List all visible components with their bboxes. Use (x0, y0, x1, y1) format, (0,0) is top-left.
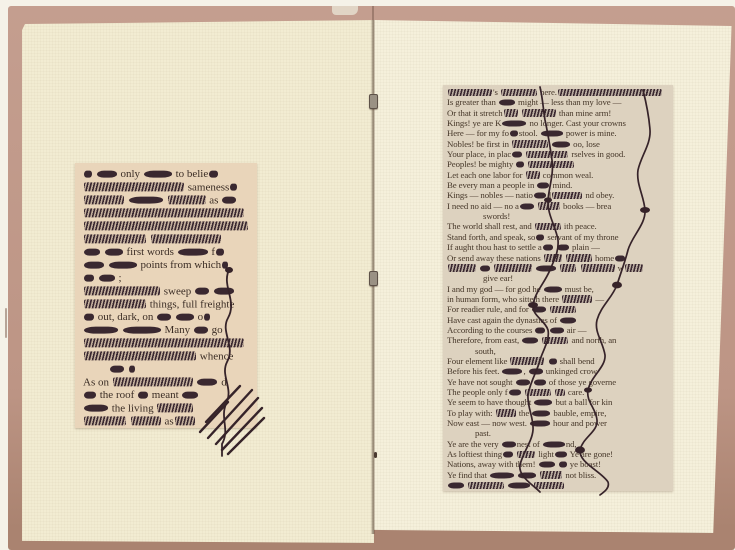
ink-redaction (532, 307, 546, 313)
poem-text (563, 253, 565, 263)
poem-text (514, 449, 516, 459)
poem-line: as (83, 415, 253, 428)
poem-text: Kings! ye are K (447, 118, 501, 128)
ink-redaction (625, 264, 643, 271)
poem-text (95, 272, 98, 284)
ink-redaction (157, 403, 193, 412)
poem-line: Or that it stretch than mine arm! (447, 108, 671, 118)
poem-text: If aught thou hast to settle a (447, 242, 542, 252)
poem-line (83, 337, 253, 350)
poem-text: I need no aid — no a (447, 201, 519, 211)
poem-text: The world shall rest, and (447, 221, 534, 231)
poem-text: — (593, 294, 604, 304)
poem-text: Ye are gone! (568, 449, 613, 459)
poem-line: Nobles! be first in oo, lose (447, 139, 671, 149)
poem-text: south, (475, 346, 496, 356)
poem-line: first words f (83, 246, 253, 259)
poem-text: no longer. Cast your crowns (527, 118, 625, 128)
poem-text: meant (149, 389, 181, 401)
ink-redaction (84, 234, 146, 243)
poem-line: out, dark, on o (83, 311, 253, 324)
poem-text: Ye find that (447, 470, 489, 480)
ink-redaction (534, 400, 552, 406)
poem-text (554, 242, 556, 252)
poem-line: give ear! (447, 273, 671, 283)
poem-text: Here — for my fo (447, 128, 509, 138)
ink-redaction (84, 351, 196, 360)
poem-text: I and my god — for god he (447, 284, 543, 294)
poem-text: might — less than my love — (516, 97, 621, 107)
poem-text: nd obey. (583, 190, 614, 200)
poem-line: Kings — nobles — natio l nd obey. (447, 190, 671, 200)
ink-redaction (535, 327, 545, 333)
poem-line: w (447, 263, 671, 273)
ink-redaction (97, 170, 117, 177)
poem-text: nest of (517, 439, 542, 449)
poem-text: According to the courses (447, 325, 534, 335)
poem-text: Nations, away with them! (447, 459, 538, 469)
poem-text (552, 387, 554, 397)
ink-redaction (123, 326, 161, 333)
ink-redaction (84, 170, 92, 177)
ink-redaction (151, 234, 221, 243)
poem-text: care. (566, 387, 584, 397)
poem-text: of those ye governe (547, 377, 616, 387)
ink-redaction (555, 452, 567, 458)
ink-redaction (536, 265, 556, 271)
poem-line: Therefore, from east, and north, an (447, 335, 671, 345)
ink-redaction (532, 410, 550, 416)
poem-line: in human form, who sitteth there — (447, 294, 671, 304)
ink-redaction (468, 482, 504, 489)
poem-line: The world shall rest, and ith peace. (447, 221, 671, 231)
ink-redaction (84, 221, 248, 230)
poem-line: Have cast again the dynasties of (447, 315, 671, 325)
poem-text (577, 263, 579, 273)
ink-redaction (522, 109, 556, 116)
ink-redaction (522, 338, 538, 344)
poem-text: first words (124, 246, 177, 258)
poem-text: The people only f (447, 387, 508, 397)
ink-redaction (516, 379, 530, 385)
poem-text: ith peace. (562, 221, 597, 231)
ink-redaction (508, 483, 530, 489)
poem-text: as (207, 194, 222, 206)
poem-line (83, 363, 253, 376)
ink-redaction (566, 254, 592, 261)
ink-redaction (144, 170, 172, 177)
ink-redaction (543, 441, 565, 447)
ink-redaction (448, 264, 476, 271)
poem-line: Be every man a people in mind. (447, 180, 671, 190)
poem-text: sweep (161, 285, 194, 297)
poem-text: Peoples! be mighty (447, 159, 515, 169)
ink-redaction (544, 254, 562, 261)
ink-redaction (209, 170, 218, 177)
poem-text (105, 259, 108, 271)
poem-line: as (83, 194, 253, 207)
poem-text (147, 233, 150, 245)
cover-edge-crack (5, 308, 7, 338)
ink-redaction (84, 274, 94, 281)
poem-text: Before his feet. (447, 366, 501, 376)
ink-redaction (84, 182, 184, 191)
ink-redaction (131, 416, 161, 425)
poem-text: light (536, 449, 554, 459)
ink-redaction (542, 337, 568, 344)
poem-text: hour and power (551, 418, 607, 428)
poem-text: Stand forth, and speak, so (447, 232, 535, 242)
poem-text (465, 480, 467, 490)
poem-line: sameness (83, 181, 253, 194)
right-clipping-text: 's here.Is greater than might — less tha… (443, 85, 673, 490)
poem-text: Is greater than (447, 97, 498, 107)
poem-text (125, 194, 128, 206)
poem-text: Kings — nobles — natio (447, 190, 533, 200)
poem-text (557, 263, 559, 273)
ink-redaction (529, 369, 543, 375)
poem-text (127, 415, 130, 427)
ink-redaction (178, 248, 208, 255)
ink-redaction (541, 131, 563, 137)
poem-text: As on (83, 376, 112, 388)
poem-line: Here — for my fostool. power is mine. (447, 128, 671, 138)
ink-redaction (550, 327, 564, 333)
ink-redaction (230, 184, 237, 191)
poem-line: Let each one labor for common weal. (447, 170, 671, 180)
poem-text (547, 304, 549, 314)
poem-text: ; (116, 272, 122, 284)
poem-text: ye boast! (568, 459, 601, 469)
poem-line: I need no aid — no a books — brea (447, 201, 671, 211)
ink-redaction (99, 274, 115, 281)
ink-redaction (528, 161, 574, 168)
poem-text (531, 377, 533, 387)
poem-text: o (195, 311, 203, 323)
ink-redaction (182, 391, 198, 398)
poem-text (533, 263, 535, 273)
ink-redaction (204, 313, 210, 320)
poem-text: Now east — now west. (447, 418, 529, 428)
ink-redaction (520, 203, 534, 209)
poem-text: go (209, 324, 223, 336)
cover-notch (332, 6, 358, 15)
ink-redaction (549, 358, 557, 364)
ink-redaction (510, 358, 544, 365)
poem-line: Ye are the very nest of nd, (447, 439, 671, 449)
poem-text: Be every man a people in (447, 180, 536, 190)
poem-line: past. (447, 428, 671, 438)
poem-text (535, 201, 537, 211)
poem-text (210, 285, 213, 297)
poem-text (546, 325, 548, 335)
poem-text: sameness (185, 181, 229, 193)
poem-text (125, 363, 128, 375)
ink-redaction (176, 313, 194, 320)
poem-text (531, 480, 533, 490)
ink-redaction (512, 152, 522, 158)
poem-line: Four element like shall bend (447, 356, 671, 366)
poem-text: rselves in good. (569, 149, 625, 159)
poem-text: nd, (566, 439, 577, 449)
ink-redaction (110, 365, 124, 372)
poem-text: as (162, 415, 174, 427)
ink-redaction (558, 89, 662, 96)
ink-redaction (539, 462, 555, 468)
poem-text (556, 459, 558, 469)
poem-text (101, 246, 104, 258)
ink-redaction (512, 140, 548, 147)
poem-line: 's here. (447, 87, 671, 97)
ink-redaction (559, 462, 567, 468)
poem-text: unkinged crow (544, 366, 597, 376)
ink-redaction (222, 261, 228, 268)
poem-line: ; (83, 272, 253, 285)
poem-text: and north, an (569, 335, 616, 345)
ink-redaction (518, 472, 536, 478)
poem-text: mind. (550, 180, 572, 190)
poem-text: Or that it stretch (447, 108, 503, 118)
poem-text: Nobles! be first in (447, 139, 511, 149)
ink-redaction (84, 248, 100, 255)
poem-line: As loftiest thing light Ye are gone! (447, 449, 671, 459)
poem-line: Is greater than might — less than my lov… (447, 97, 671, 107)
poem-text: Many (162, 324, 193, 336)
poem-line: Peoples! be mighty (447, 159, 671, 169)
staple-top (369, 94, 378, 109)
ink-redaction (550, 306, 576, 313)
ink-redaction (138, 391, 148, 398)
ink-redaction (562, 295, 592, 302)
poem-line: The people only f care. (447, 387, 671, 397)
ink-redaction (490, 472, 514, 478)
poem-text: must be, (563, 284, 594, 294)
poem-text (93, 168, 96, 180)
poem-text: past. (475, 428, 491, 438)
poem-line: If aught thou hast to settle a plain — (447, 242, 671, 252)
ink-redaction (448, 89, 492, 96)
ink-redaction (509, 390, 521, 396)
ink-redaction (552, 192, 582, 199)
ink-redaction (534, 193, 546, 199)
ink-redaction (504, 109, 518, 116)
poem-text (172, 311, 175, 323)
poem-text: in human form, who sitteth there (447, 294, 561, 304)
poem-text: Let each one labor for (447, 170, 525, 180)
poem-line: Before his feet. , unkinged crow (447, 366, 671, 376)
poem-text: to belie (173, 168, 208, 180)
poem-line (83, 233, 253, 246)
poem-text: here. (538, 87, 557, 97)
poem-line: Stand forth, and speak, so servant of my… (447, 232, 671, 242)
poem-text: servant of my throne (545, 232, 618, 242)
poem-text: the roof (97, 389, 137, 401)
ink-redaction (168, 195, 206, 204)
poem-text: f (209, 246, 215, 258)
ink-redaction (502, 369, 522, 375)
ink-redaction (84, 326, 118, 333)
poem-line (83, 220, 253, 233)
poem-text: d (218, 376, 226, 388)
ink-redaction (516, 162, 524, 168)
poem-text: oo, lose (571, 139, 600, 149)
poem-text: out, dark, on (95, 311, 156, 323)
ink-redaction (534, 482, 564, 489)
ink-redaction (496, 409, 516, 416)
poem-text: the (517, 408, 532, 418)
ink-redaction (555, 389, 565, 396)
poem-text: common weal. (541, 170, 594, 180)
poem-text (505, 480, 507, 490)
ink-redaction (105, 248, 123, 255)
ink-redaction (581, 264, 615, 271)
ink-redaction (517, 451, 535, 458)
poem-text: but a ball for kin (553, 397, 612, 407)
ink-redaction (84, 391, 96, 398)
ink-redaction (480, 265, 490, 271)
poem-line: Ye find that not bliss. (447, 470, 671, 480)
ink-redaction (560, 264, 576, 271)
poem-text (491, 263, 493, 273)
poem-text: give ear! (483, 273, 513, 283)
ink-redaction (448, 483, 464, 489)
poem-line: south, (447, 346, 671, 356)
ink-redaction (84, 416, 126, 425)
staple-bottom (369, 271, 378, 286)
poem-text: shall bend (558, 356, 595, 366)
poem-text: w (616, 263, 624, 273)
ink-redaction (84, 313, 94, 320)
poem-line: Many go (83, 324, 253, 337)
poem-text: Have cast again the dynasties of (447, 315, 559, 325)
ink-redaction (216, 248, 224, 255)
ink-redaction (526, 151, 568, 158)
ink-redaction (501, 89, 537, 96)
poem-line: things, full freighte (83, 298, 253, 311)
poem-line: Kings! ye are K no longer. Cast your cro… (447, 118, 671, 128)
ink-redaction (552, 141, 570, 147)
poem-line: Ye seem to have thought but a ball for k… (447, 397, 671, 407)
poem-line: For readier rule, and for (447, 304, 671, 314)
ink-redaction (175, 416, 195, 425)
ink-redaction (538, 202, 560, 209)
ink-redaction (530, 421, 550, 427)
poem-text (522, 387, 524, 397)
poem-text: Your place, in plac (447, 149, 511, 159)
poem-text: For readier rule, and for (447, 304, 531, 314)
poem-line: sweep (83, 285, 253, 298)
poem-line: I and my god — for god he must be, (447, 284, 671, 294)
ink-redaction (129, 365, 135, 372)
poem-text: Therefore, from east, (447, 335, 521, 345)
ink-redaction (195, 288, 209, 295)
poem-text (549, 139, 551, 149)
ink-redaction (494, 264, 532, 271)
poem-text (164, 194, 167, 206)
poem-text: swords! (483, 211, 510, 221)
poem-text (477, 263, 479, 273)
ink-redaction (84, 195, 124, 204)
poem-line: the roof meant (83, 389, 253, 402)
ink-redaction (526, 171, 540, 178)
poem-text (523, 149, 525, 159)
ink-redaction (499, 100, 515, 106)
ink-redaction (214, 288, 234, 295)
poem-line (83, 207, 253, 220)
poem-text (539, 335, 541, 345)
poem-text: books — brea (561, 201, 611, 211)
ink-redaction (222, 197, 236, 204)
ink-redaction (84, 261, 104, 268)
poem-text: plain — (570, 242, 600, 252)
poem-text: home (593, 253, 614, 263)
ink-redaction (129, 197, 163, 204)
poem-line (447, 480, 671, 490)
poem-text (515, 470, 517, 480)
ink-redaction (502, 441, 516, 447)
ink-redaction (615, 255, 625, 261)
poem-text: Four element like (447, 356, 509, 366)
ink-redaction (84, 299, 146, 308)
poem-line: According to the courses air — (447, 325, 671, 335)
left-clipping-text: only to belie sameness as first words f … (75, 163, 257, 428)
poem-text: only (118, 168, 143, 180)
poem-text (525, 159, 527, 169)
spine-ink-dot (374, 452, 377, 458)
ink-redaction (197, 379, 217, 386)
ink-redaction (537, 183, 549, 189)
poem-text: Ye seem to have thought (447, 397, 533, 407)
poem-line: Or send away these nations home (447, 253, 671, 263)
poem-text: not bliss. (563, 470, 596, 480)
ink-redaction (525, 389, 551, 396)
ink-redaction (113, 377, 193, 386)
poem-line: Now east — now west. hour and power (447, 418, 671, 428)
ink-redaction (543, 245, 553, 251)
poem-line: points from which (83, 259, 253, 272)
poem-text: 's (493, 87, 500, 97)
poem-text: points from which (138, 259, 221, 271)
poem-text: bauble, empire, (551, 408, 606, 418)
ink-redaction (534, 379, 546, 385)
ink-redaction (544, 286, 562, 292)
poem-line: Your place, in plac rselves in good. (447, 149, 671, 159)
ink-redaction (84, 338, 244, 347)
ink-redaction (557, 245, 569, 251)
ink-redaction (109, 261, 137, 268)
ink-redaction (157, 313, 171, 320)
poem-text: than mine arm! (557, 108, 611, 118)
ink-redaction (510, 131, 518, 137)
left-collage-clipping: only to belie sameness as first words f … (75, 163, 257, 428)
poem-text: stool. (519, 128, 540, 138)
ink-redaction (84, 405, 108, 412)
poem-text: air — (565, 325, 587, 335)
poem-text: the living (109, 402, 156, 414)
poem-line: swords! (447, 211, 671, 221)
poem-text (545, 356, 547, 366)
poem-text (194, 376, 197, 388)
poem-text: whence (197, 350, 233, 362)
poem-text: , (523, 366, 527, 376)
poem-line: Ye have not sought of those ye governe (447, 377, 671, 387)
ink-redaction (540, 471, 562, 478)
poem-text: Ye have not sought (447, 377, 515, 387)
ink-redaction (503, 452, 513, 458)
open-book-photo: only to belie sameness as first words f … (0, 0, 735, 550)
poem-line: the living (83, 402, 253, 415)
ink-redaction (84, 286, 160, 295)
